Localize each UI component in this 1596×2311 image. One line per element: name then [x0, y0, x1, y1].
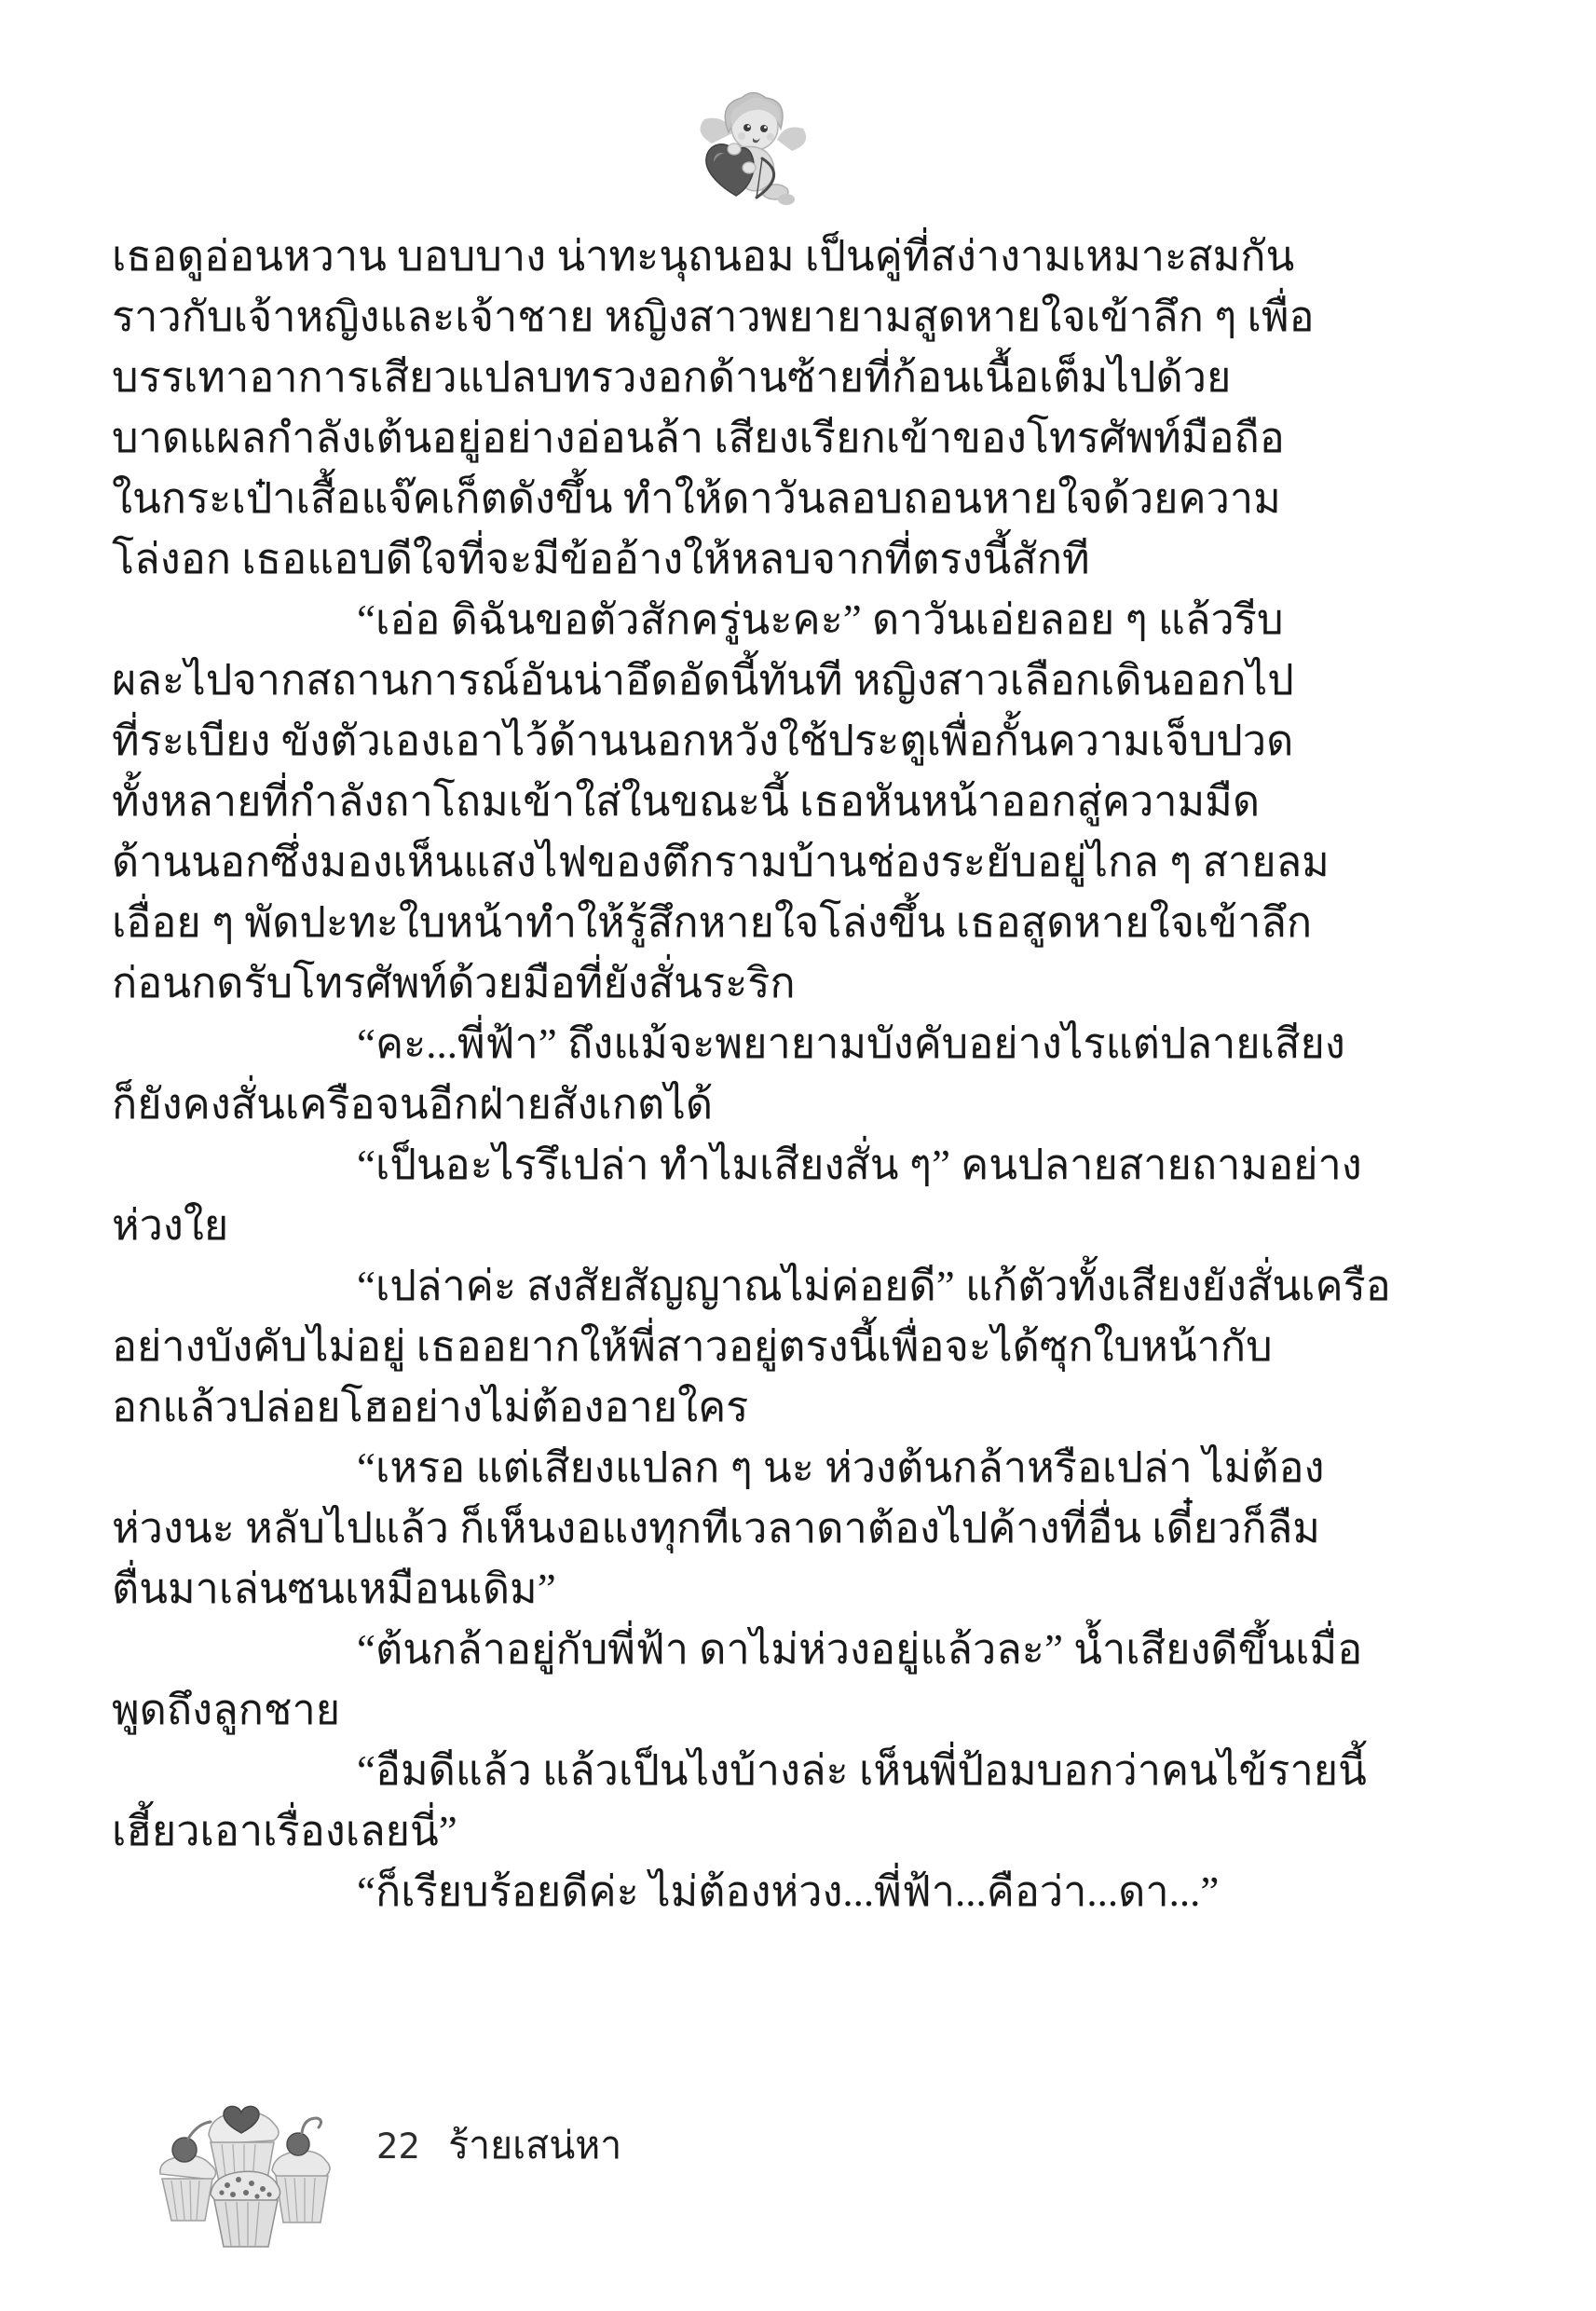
text-line: “อืมดีแล้ว แล้วเป็นไงบ้างล่ะ เห็นพี่ป้อม…	[112, 1741, 1494, 1801]
text-line: “ต้นกล้าอยู่กับพี่ฟ้า ดาไม่ห่วงอยู่แล้วล…	[112, 1620, 1494, 1680]
text-line: เธอดูอ่อนหวาน บอบบาง น่าทะนุถนอม เป็นคู่…	[112, 226, 1494, 287]
text-line: ผละไปจากสถานการณ์อันน่าอึดอัดนี้ทันที หญ…	[112, 650, 1494, 711]
text-line: “เป็นอะไรรึเปล่า ทำไมเสียงสั่น ๆ” คนปลาย…	[112, 1135, 1494, 1196]
book-title: ร้ายเสน่หา	[448, 2115, 621, 2176]
text-line: บาดแผลกำลังเต้นอยู่อย่างอ่อนล้า เสียงเรี…	[112, 408, 1494, 469]
cupcakes-icon	[142, 2090, 347, 2253]
text-line: อย่างบังคับไม่อยู่ เธออยากให้พี่สาวอยู่ต…	[112, 1317, 1494, 1377]
text-line: “เปล่าค่ะ สงสัยสัญญาณไม่ค่อยดี” แก้ตัวทั…	[112, 1256, 1494, 1317]
text-line: พูดถึงลูกชาย	[112, 1680, 1494, 1741]
text-line: เอื่อย ๆ พัดปะทะใบหน้าทำให้รู้สึกหายใจโล…	[112, 893, 1494, 953]
text-line: “คะ...พี่ฟ้า” ถึงแม้จะพยายามบังคับอย่างไ…	[112, 1014, 1494, 1074]
text-line: ก็ยังคงสั่นเครือจนอีกฝ่ายสังเกตได้	[112, 1074, 1494, 1135]
text-line: ตื่นมาเล่นซนเหมือนเดิม”	[112, 1559, 1494, 1620]
cupid-heart-icon	[695, 86, 814, 207]
text-line: เฮี้ยวเอาเรื่องเลยนี่”	[112, 1801, 1494, 1862]
text-line: ทั้งหลายที่กำลังถาโถมเข้าใส่ในขณะนี้ เธอ…	[112, 772, 1494, 832]
book-page: { "header": { "ornament": "cupid-with-he…	[0, 0, 1596, 2311]
text-line: ด้านนอกซึ่งมองเห็นแสงไฟของตึกรามบ้านช่อง…	[112, 832, 1494, 893]
text-line: “เหรอ แต่เสียงแปลก ๆ นะ ห่วงต้นกล้าหรือเ…	[112, 1438, 1494, 1498]
text-line: “ก็เรียบร้อยดีค่ะ ไม่ต้องห่วง...พี่ฟ้า..…	[112, 1862, 1494, 1922]
body-text: เธอดูอ่อนหวาน บอบบาง น่าทะนุถนอม เป็นคู่…	[112, 226, 1494, 1922]
text-line: ก่อนกดรับโทรศัพท์ด้วยมือที่ยังสั่นระริก	[112, 953, 1494, 1014]
text-line: โล่งอก เธอแอบดีใจที่จะมีข้ออ้างให้หลบจาก…	[112, 529, 1494, 590]
text-line: อกแล้วปล่อยโฮอย่างไม่ต้องอายใคร	[112, 1377, 1494, 1438]
text-line: ราวกับเจ้าหญิงและเจ้าชาย หญิงสาวพยายามสู…	[112, 287, 1494, 348]
text-line: ห่วงนะ หลับไปแล้ว ก็เห็นงอแงทุกทีเวลาดาต…	[112, 1498, 1494, 1559]
text-line: ห่วงใย	[112, 1196, 1494, 1256]
text-line: ที่ระเบียง ขังตัวเองเอาไว้ด้านนอกหวังใช้…	[112, 711, 1494, 772]
text-line: “เอ่อ ดิฉันขอตัวสักครู่นะคะ” ดาวันเอ่ยลอ…	[112, 590, 1494, 650]
text-line: ในกระเป๋าเสื้อแจ๊คเก็ตดังขึ้น ทำให้ดาวัน…	[112, 469, 1494, 529]
page-number: 22	[376, 2126, 420, 2167]
text-line: บรรเทาอาการเสียวแปลบทรวงอกด้านซ้ายที่ก้อ…	[112, 348, 1494, 408]
footer: 22 ร้ายเสน่หา	[376, 2115, 621, 2176]
